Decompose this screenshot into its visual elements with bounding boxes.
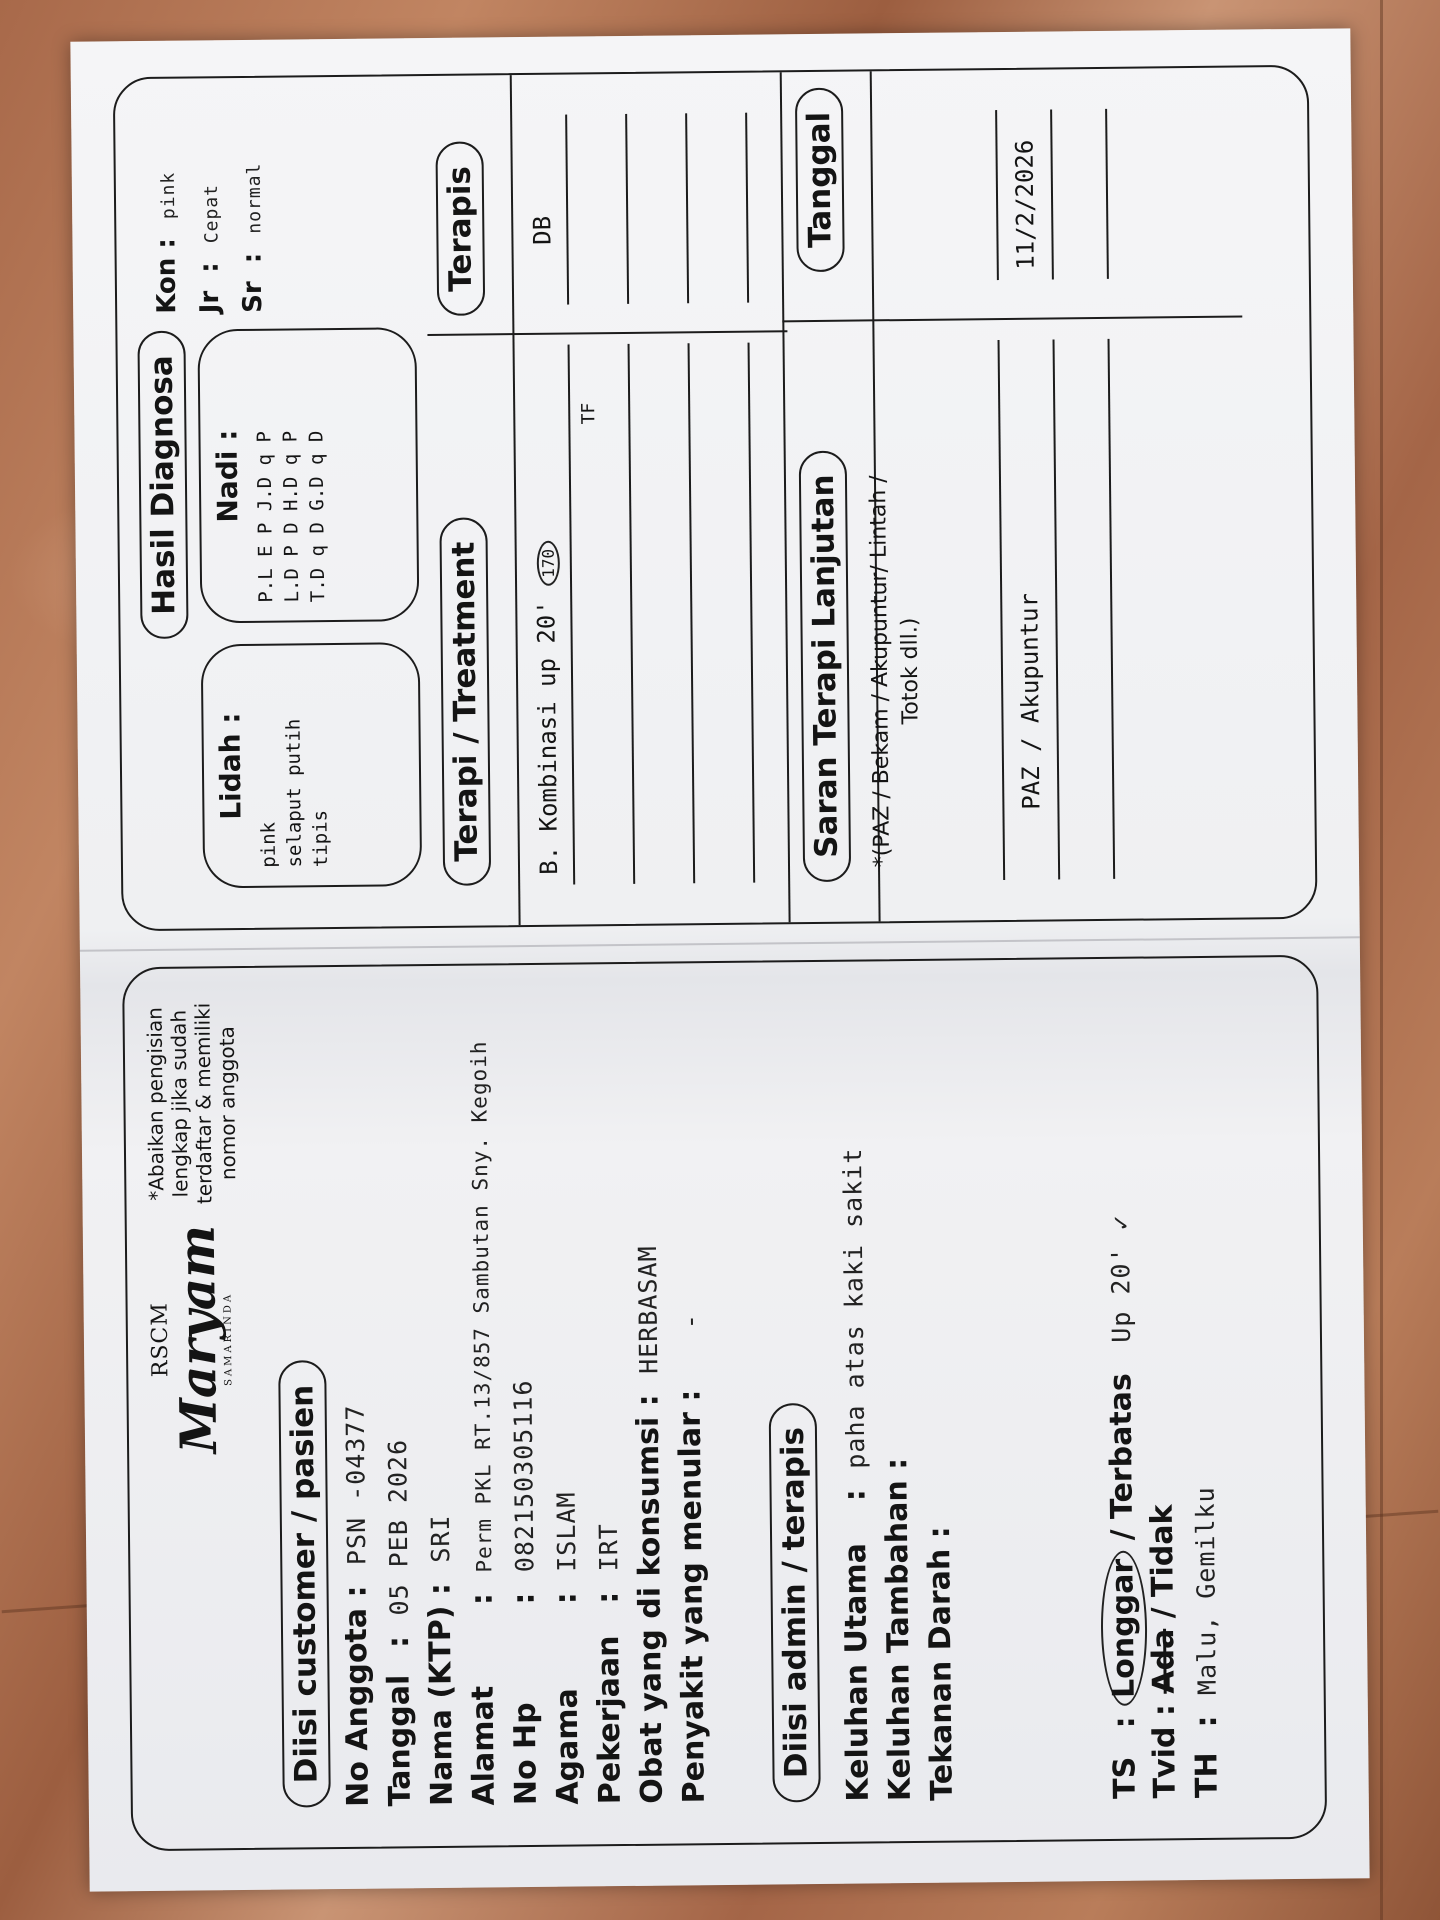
lidah-box[interactable]: Lidah : pink selaput putih tipis (201, 642, 423, 888)
field-sr[interactable]: Sr : normal (232, 162, 277, 313)
circled-note: 170 (537, 541, 560, 586)
field-penyakit-menular[interactable]: Penyakit yang menular : - (666, 1038, 716, 1803)
saran-line (1108, 339, 1116, 879)
saran-line (998, 340, 1006, 880)
divider (780, 72, 791, 922)
saran-section-title: Saran Terapi Lanjutan (799, 450, 852, 882)
admin-fields: Keluhan Utama : paha atas kaki sakit Kel… (831, 1147, 964, 1802)
value-agama: ISLAM (552, 1491, 582, 1572)
tvid-option-ada-struck[interactable]: Ada (1146, 1629, 1182, 1694)
divider (510, 75, 521, 925)
field-tvid[interactable]: Tvid : Ada / Tidak (1139, 1214, 1187, 1799)
vitals-block: TS : Longgar / Terbatas Up 20' ✓ Tvid : … (1097, 1213, 1229, 1799)
field-th[interactable]: TH : Malu, Gemilku (1181, 1213, 1229, 1798)
divider (427, 330, 787, 336)
ts-option-terbatas[interactable]: Terbatas (1103, 1373, 1140, 1519)
field-alamat[interactable]: Alamat : Perm PKL RT.13/857 Sambutan Sny… (456, 1040, 506, 1805)
tanggal-line (1050, 109, 1054, 279)
value-pekerjaan: IRT (594, 1523, 624, 1571)
field-tekanan-darah[interactable]: Tekanan Darah : (915, 1147, 964, 1801)
divider (782, 315, 1242, 322)
treatment-line (688, 343, 696, 883)
diagnosis-section-title: Hasil Diagnosa (137, 331, 188, 639)
field-jr[interactable]: Jr : Cepat (189, 163, 234, 314)
value-obat: HERBASAM (633, 1245, 663, 1374)
treatment-line (748, 343, 756, 883)
tvid-option-tidak[interactable]: Tidak (1145, 1504, 1181, 1597)
value-penyakit-menular: - (676, 1313, 705, 1329)
nadi-notes: P.L E P J.D q P L.D P D H.D q P T.D q D … (242, 330, 339, 621)
terapis-line (565, 115, 569, 305)
field-ts[interactable]: TS : Longgar / Terbatas Up 20' ✓ (1097, 1214, 1145, 1799)
ts-option-longgar-selected[interactable]: Longgar (1100, 1551, 1148, 1707)
field-kon[interactable]: Kon : pink (146, 163, 191, 314)
terapis-line (745, 113, 749, 303)
terapis-line (685, 113, 689, 303)
tanggal-line (1105, 109, 1109, 279)
admin-section-title: Diisi admin / terapis (769, 1403, 821, 1803)
value-no-hp: 082150305116 (508, 1379, 539, 1572)
value-nama: SRI (426, 1514, 456, 1562)
tanggal-value[interactable]: 11/2/2026 (1010, 140, 1039, 270)
brand-name: Maryam (172, 1225, 224, 1454)
lidah-notes: pink selaput putih tipis (246, 645, 343, 886)
terapis-line (625, 114, 629, 304)
value-tanggal: 05 PEB 2026 (383, 1439, 414, 1616)
tanggal-line (995, 110, 999, 280)
kon-jr-sr: Kon : pink Jr : Cepat Sr : normal (146, 162, 277, 313)
treatment-line (568, 345, 576, 885)
saran-entry[interactable]: PAZ / Akupuntur (1015, 593, 1045, 810)
field-keluhan-tambahan[interactable]: Keluhan Tambahan : (873, 1147, 922, 1801)
brand-logo: RSCM Maryam SAMARINDA (147, 1225, 235, 1454)
treatment-section-title: Terapi / Treatment (439, 517, 491, 885)
value-keluhan-utama: paha atas kaki sakit (838, 1148, 870, 1469)
treatment-extra: TF (578, 403, 599, 425)
tanggal-label: Tanggal (795, 88, 845, 273)
value-alamat: Perm PKL RT.13/857 Sambutan Sny. Kegoih (467, 1040, 497, 1572)
ts-note: Up 20' ✓ (1106, 1214, 1136, 1343)
registration-note: *Abaikan pengisian lengkap jika sudah te… (142, 988, 240, 1219)
paper-fold (80, 936, 1360, 951)
value-no-anggota: PSN -04377 (341, 1404, 372, 1565)
nadi-box[interactable]: Nadi : P.L E P J.D q P L.D P D H.D q P T… (197, 327, 419, 623)
diagnosis-panel: Hasil Diagnosa Lidah : pink selaput puti… (113, 65, 1318, 931)
field-keluhan-utama[interactable]: Keluhan Utama : paha atas kaki sakit (831, 1147, 880, 1801)
customer-panel: RSCM Maryam SAMARINDA *Abaikan pengisian… (122, 955, 1327, 1851)
treatment-line (628, 344, 636, 884)
saran-line (1053, 339, 1061, 879)
terapis-value[interactable]: DB (528, 216, 556, 245)
saran-options-note: *(PAZ / Bekam / Akupuntur/ Lintah / Toto… (864, 471, 928, 872)
floor-tile-seam (1380, 0, 1383, 1920)
treatment-entry[interactable]: B. Kombinasi up 20' 170 (532, 541, 563, 875)
terapis-label: Terapis (435, 142, 485, 316)
customer-fields: No Anggota : PSN -04377 Tanggal : 05 PEB… (330, 1038, 716, 1807)
customer-section-title: Diisi customer / pasien (278, 1360, 331, 1807)
consultation-form: RSCM Maryam SAMARINDA *Abaikan pengisian… (70, 28, 1369, 1891)
value-th: Malu, Gemilku (1191, 1486, 1222, 1695)
